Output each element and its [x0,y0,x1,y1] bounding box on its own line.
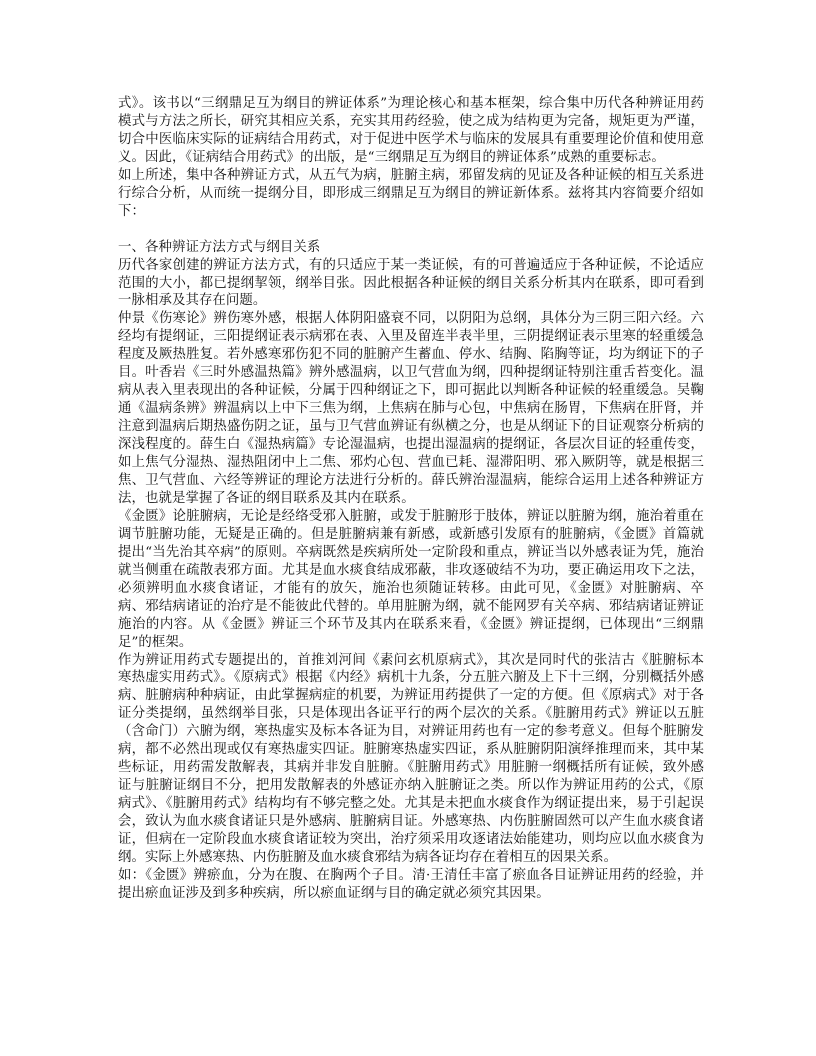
paragraph-body-4: 作为辨证用药式专题提出的，首推刘河间《素问玄机原病式》，其次是同时代的张洁古《脏… [118,652,704,867]
paragraph-body-5: 如：《金匮》辨瘀血，分为在腹、在胸两个子目。清·王清任丰富了瘀血各目证辨证用药的… [118,867,704,903]
paragraph-intro-1: 式》。该书以“三纲鼎足互为纲目的辨证体系”为理论核心和基本框架，综合集中历代各种… [118,95,704,167]
paragraph-body-2: 仲景《伤寒论》辨伤寒外感，根据人体阴阳盛衰不同，以阴阳为总纲，具体分为三阴三阳六… [118,310,704,507]
paragraph-body-1: 历代各家创建的辨证方法方式，有的只适应于某一类证候，有的可普遍适应于各种证候，不… [118,257,704,311]
blank-line [118,221,704,239]
section-heading: 一、各种辨证方法方式与纲目关系 [118,239,704,257]
paragraph-intro-2: 如上所述，集中各种辨证方式，从五气为病，脏腑主病，邪留发病的见证及各种证候的相互… [118,167,704,221]
paragraph-body-3: 《金匮》论脏腑病，无论是经络受邪入脏腑，或发于脏腑形于肢体，辨证以脏腑为纲，施治… [118,508,704,652]
document-page: 式》。该书以“三纲鼎足互为纲目的辨证体系”为理论核心和基本框架，综合集中历代各种… [118,95,704,903]
